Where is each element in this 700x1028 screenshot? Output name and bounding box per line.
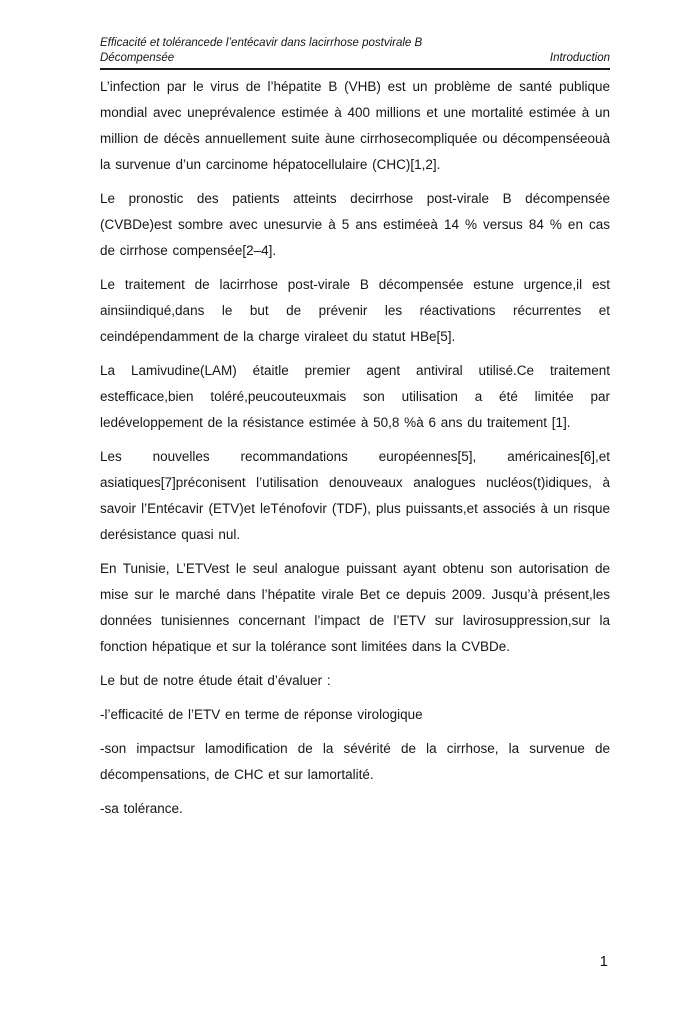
document-page: Efficacité et tolérancede l’entécavir da…: [0, 0, 700, 1028]
aim-item-impact: -son impactsur lamodification de la sévé…: [100, 736, 610, 788]
header-line2: Décompensée Introduction: [100, 51, 610, 66]
header-title-line2: Décompensée: [100, 51, 174, 66]
paragraph-recommendations: Les nouvelles recommandations européenne…: [100, 444, 610, 548]
paragraph-tunisia-etv: En Tunisie, L’ETVest le seul analogue pu…: [100, 556, 610, 660]
page-number: 1: [600, 953, 608, 970]
paragraph-intro-hbv: L’infection par le virus de l’hépatite B…: [100, 74, 610, 178]
paragraph-prognosis: Le pronostic des patients atteints decir…: [100, 186, 610, 264]
paragraph-study-aim: Le but de notre étude était d’évaluer :: [100, 668, 610, 694]
header-title-line1: Efficacité et tolérancede l’entécavir da…: [100, 36, 610, 51]
paragraph-lamivudine: La Lamivudine(LAM) étaitle premier agent…: [100, 358, 610, 436]
aim-item-tolerance: -sa tolérance.: [100, 796, 610, 822]
document-body: L’infection par le virus de l’hépatite B…: [100, 74, 610, 830]
header-section-label: Introduction: [550, 51, 610, 66]
paragraph-treatment-urgency: Le traitement de lacirrhose post-virale …: [100, 272, 610, 350]
aim-item-efficacy: -l’efficacité de l’ETV en terme de répon…: [100, 702, 610, 728]
page-header: Efficacité et tolérancede l’entécavir da…: [100, 36, 610, 70]
